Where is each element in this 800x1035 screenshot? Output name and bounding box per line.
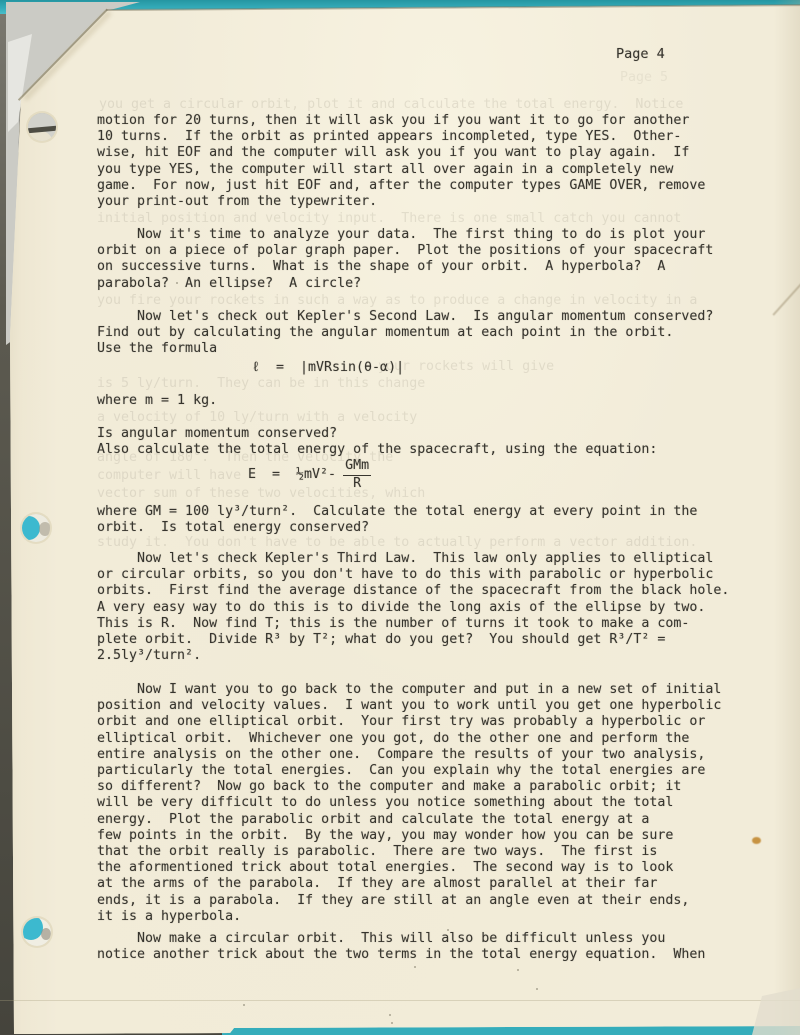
page-content: you get a circular orbit, plot it and ca… — [0, 0, 800, 1035]
paragraph-circular-orbit: Now make a circular orbit. This will als… — [97, 931, 705, 963]
line-where-gm: where GM = 100 ly³/turn². Calculate the … — [97, 504, 697, 536]
bleedthrough-line: is 5 ly/turn. They can be in this change — [97, 376, 425, 392]
fraction-denominator: R — [353, 476, 361, 492]
paragraph-total-energy: Is angular momentum conserved? Also calc… — [97, 426, 657, 458]
paragraph-keplers-second-law: Now let's check out Kepler's Second Law.… — [97, 309, 713, 358]
paragraph-new-orbits: Now I want you to go back to the compute… — [97, 682, 721, 925]
energy-equation-lhs: E = ½mV²- — [248, 467, 336, 483]
fraction-numerator: GMm — [343, 458, 371, 476]
bleedthrough-line: you fire your rockets in such a way as t… — [97, 293, 697, 309]
line-where-m: where m = 1 kg. — [97, 393, 217, 409]
scanned-page: you get a circular orbit, plot it and ca… — [0, 0, 800, 1035]
paragraph-analyze-data: Now it's time to analyze your data. The … — [97, 227, 713, 292]
angular-momentum-formula: ℓ = |mVRsin(θ-α)| — [252, 360, 404, 376]
paragraph-continuation: motion for 20 turns, then it will ask yo… — [97, 113, 705, 210]
bleedthrough-line: study it. You don't have to be able to a… — [97, 535, 697, 551]
bleedthrough-line: your rockets will give — [378, 359, 554, 375]
paragraph-keplers-third-law: Now let's check Kepler's Third Law. This… — [97, 551, 729, 664]
bleedthrough-line: a velocity of 10 ly/turn with a velocity — [97, 410, 417, 426]
bleedthrough-line: Page 5 — [620, 70, 668, 86]
page-number-header: Page 4 — [616, 46, 665, 62]
bleedthrough-line: computer will have — [97, 468, 241, 484]
bleedthrough-line: you get a circular orbit, plot it and ca… — [99, 97, 683, 113]
bleedthrough-line: initial position and velocity input. The… — [97, 211, 681, 227]
energy-equation-fraction: GMm R — [343, 458, 371, 492]
energy-equation: E = ½mV²- GMm R — [248, 453, 371, 497]
